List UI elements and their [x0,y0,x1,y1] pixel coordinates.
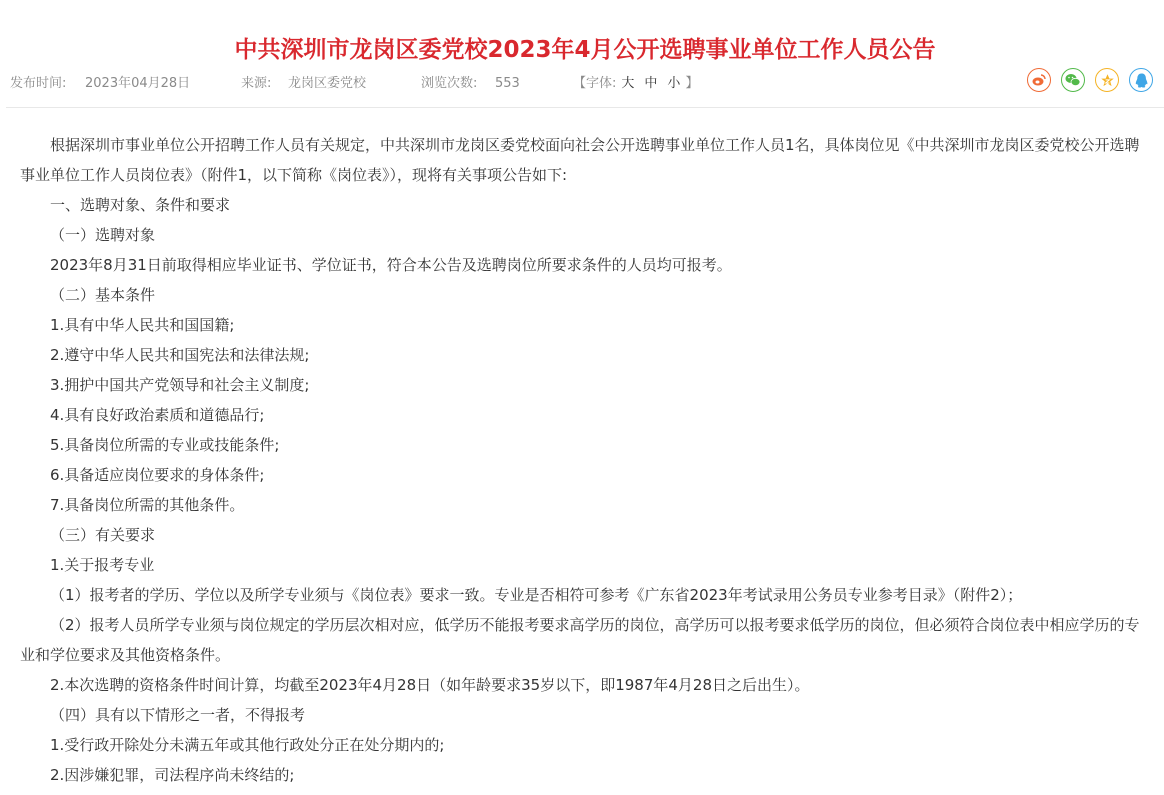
list-item: 2.本次选聘的资格条件时间计算，均截至2023年4月28日（如年龄要求35岁以下… [20,670,1144,700]
font-ctl-suffix: 】 [685,76,698,91]
font-large-button[interactable]: 大 [621,76,634,91]
header-divider [6,107,1164,108]
publish-time-label: 发布时间: [10,72,66,96]
source: 龙岗区委党校 [288,72,366,96]
list-item: 6.具备适应岗位要求的身体条件; [20,460,1144,490]
section-heading: 一、选聘对象、条件和要求 [20,190,1144,220]
publish-time: 2023年04月28日 [85,72,190,96]
paragraph: 根据深圳市事业单位公开招聘工作人员有关规定，中共深圳市龙岗区委党校面向社会公开选… [20,130,1144,190]
list-item: 2.遵守中华人民共和国宪法和法律法规; [20,340,1144,370]
views-label: 浏览次数: [421,72,477,96]
share-wechat-button[interactable] [1061,68,1085,92]
share-qzone-button[interactable] [1095,68,1119,92]
subsection-heading: （四）具有以下情形之一者，不得报考 [20,700,1144,730]
wechat-icon [1065,73,1081,87]
list-item: 1.受行政开除处分未满五年或其他行政处分正在处分期内的; [20,730,1144,760]
qzone-star-icon [1100,73,1115,88]
font-small-button[interactable]: 小 [667,76,680,91]
font-size-control: 【字体:大中小】 [573,72,698,96]
share-qq-button[interactable] [1129,68,1153,92]
font-ctl-prefix: 【字体: [573,76,616,91]
list-item: 1.关于报考专业 [20,550,1144,580]
list-item: 4.具有良好政治素质和道德品行; [20,400,1144,430]
source-label: 来源: [241,72,271,96]
list-item: 7.具备岗位所需的其他条件。 [20,490,1144,520]
list-item: 1.具有中华人民共和国国籍; [20,310,1144,340]
weibo-icon [1032,73,1046,87]
share-weibo-button[interactable] [1027,68,1051,92]
list-item: 2.因涉嫌犯罪，司法程序尚未终结的; [20,760,1144,790]
subsection-heading: （一）选聘对象 [20,220,1144,250]
paragraph: 2023年8月31日前取得相应毕业证书、学位证书，符合本公告及选聘岗位所要求条件… [20,250,1144,280]
subsection-heading: （三）有关要求 [20,520,1144,550]
font-medium-button[interactable]: 中 [644,76,657,91]
article-title: 中共深圳市龙岗区委党校2023年4月公开选聘事业单位工作人员公告 [0,33,1164,67]
list-item: 5.具备岗位所需的专业或技能条件; [20,430,1144,460]
article-meta: 发布时间: 2023年04月28日 来源: 龙岗区委党校 浏览次数: 553 【… [10,72,1160,96]
list-item: （1）报考者的学历、学位以及所学专业须与《岗位表》要求一致。专业是否相符可参考《… [20,580,1144,610]
list-item: （2）报考人员所学专业须与岗位规定的学历层次相对应，低学历不能报考要求高学历的岗… [20,610,1144,670]
subsection-heading: （二）基本条件 [20,280,1144,310]
views-count: 553 [495,72,520,96]
qq-penguin-icon [1135,73,1148,88]
article-body: 根据深圳市事业单位公开招聘工作人员有关规定，中共深圳市龙岗区委党校面向社会公开选… [20,130,1144,790]
list-item: 3.拥护中国共产党领导和社会主义制度; [20,370,1144,400]
